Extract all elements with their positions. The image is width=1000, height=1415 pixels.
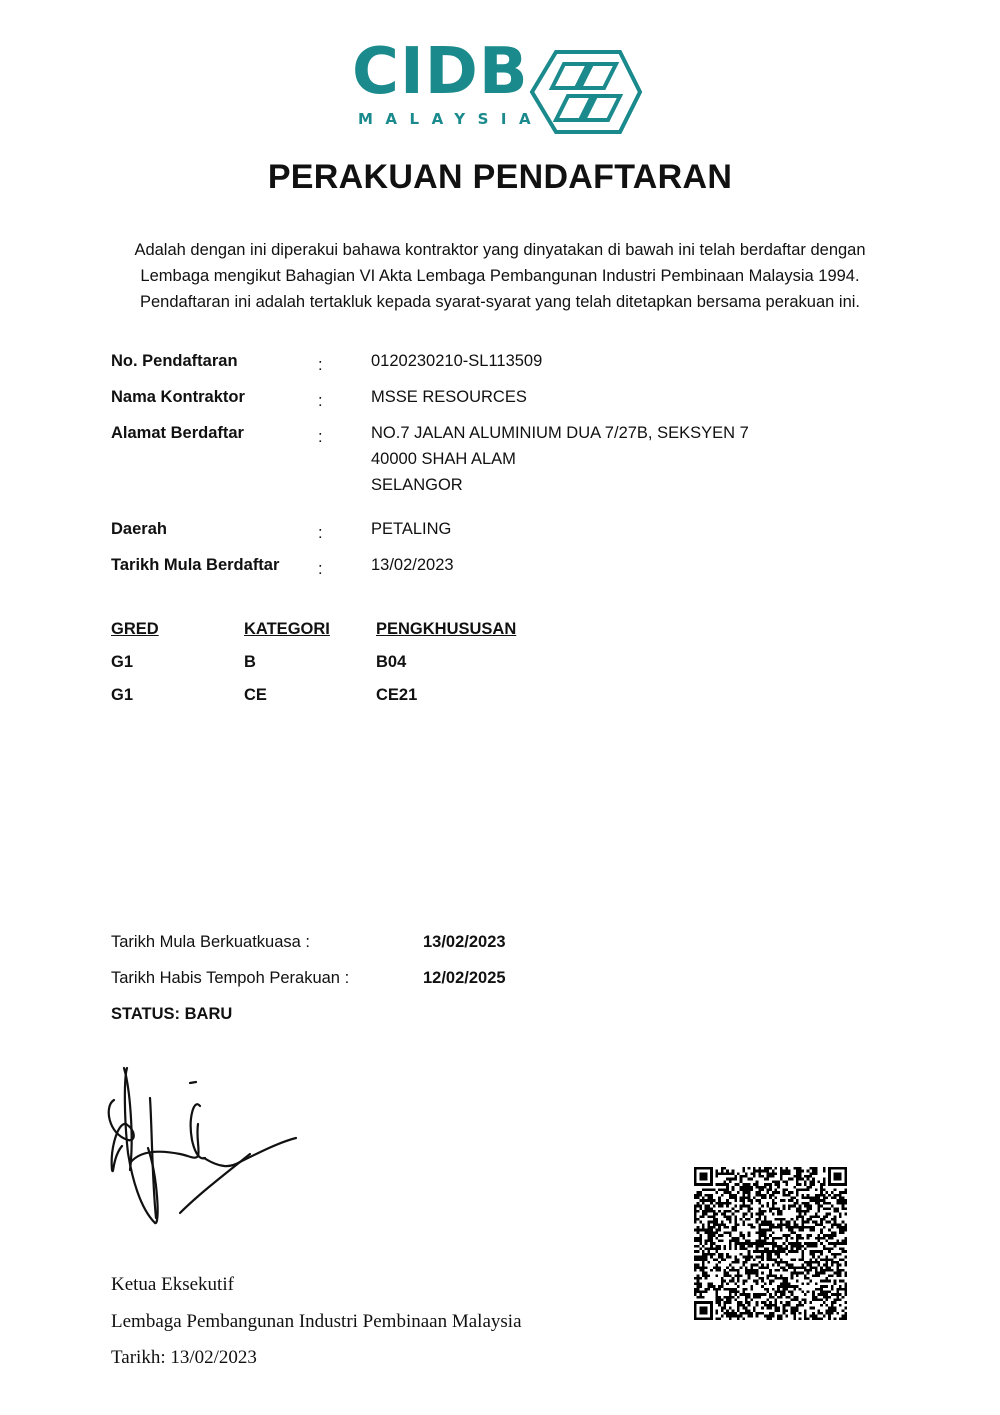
address-label: Alamat Berdaftar (111, 424, 244, 443)
qr-code-icon (694, 1167, 847, 1320)
cell-category: B (244, 653, 256, 672)
effective-date-value: 13/02/2023 (423, 933, 506, 952)
cell-grade: G1 (111, 653, 133, 672)
cell-specialization: CE21 (376, 686, 417, 705)
logo-subtitle: MALAYSIA (358, 112, 543, 127)
district-label: Daerah (111, 520, 167, 539)
signatory-organization: Lembaga Pembangunan Industri Pembinaan M… (111, 1311, 522, 1333)
separator: : (318, 560, 323, 579)
cidb-logo: CIDB MALAYSIA (350, 48, 645, 136)
registration-date-value: 13/02/2023 (371, 552, 454, 578)
effective-date-label: Tarikh Mula Berkuatkuasa : (111, 933, 310, 952)
separator: : (318, 392, 323, 411)
header-grade: GRED (111, 620, 159, 639)
address-line-2: 40000 SHAH ALAM (371, 446, 516, 472)
expiry-date-value: 12/02/2025 (423, 969, 506, 988)
document-title: PERAKUAN PENDAFTARAN (0, 158, 1000, 197)
separator: : (318, 524, 323, 543)
separator: : (318, 428, 323, 447)
signatory-date: Tarikh: 13/02/2023 (111, 1347, 257, 1369)
header-category: KATEGORI (244, 620, 330, 639)
cell-grade: G1 (111, 686, 133, 705)
expiry-date-label: Tarikh Habis Tempoh Perakuan : (111, 969, 349, 988)
header-specialization: PENGKHUSUSAN (376, 620, 516, 639)
address-line-3: SELANGOR (371, 472, 463, 498)
intro-paragraph: Adalah dengan ini diperakui bahawa kontr… (100, 237, 900, 315)
registration-no-value: 0120230210-SL113509 (371, 348, 542, 374)
separator: : (318, 356, 323, 375)
address-line-1: NO.7 JALAN ALUMINIUM DUA 7/27B, SEKSYEN … (371, 420, 749, 446)
contractor-name-value: MSSE RESOURCES (371, 384, 527, 410)
handwritten-signature-icon (100, 1058, 310, 1228)
district-value: PETALING (371, 516, 451, 542)
signatory-title: Ketua Eksekutif (111, 1274, 234, 1296)
logo-wordmark: CIDB (352, 40, 529, 104)
registration-no-label: No. Pendaftaran (111, 352, 238, 371)
contractor-name-label: Nama Kontraktor (111, 388, 245, 407)
status-text: STATUS: BARU (111, 1005, 232, 1024)
cell-specialization: B04 (376, 653, 406, 672)
cell-category: CE (244, 686, 267, 705)
cidb-hexagon-logo-icon (528, 48, 643, 136)
registration-date-label: Tarikh Mula Berdaftar (111, 556, 279, 575)
